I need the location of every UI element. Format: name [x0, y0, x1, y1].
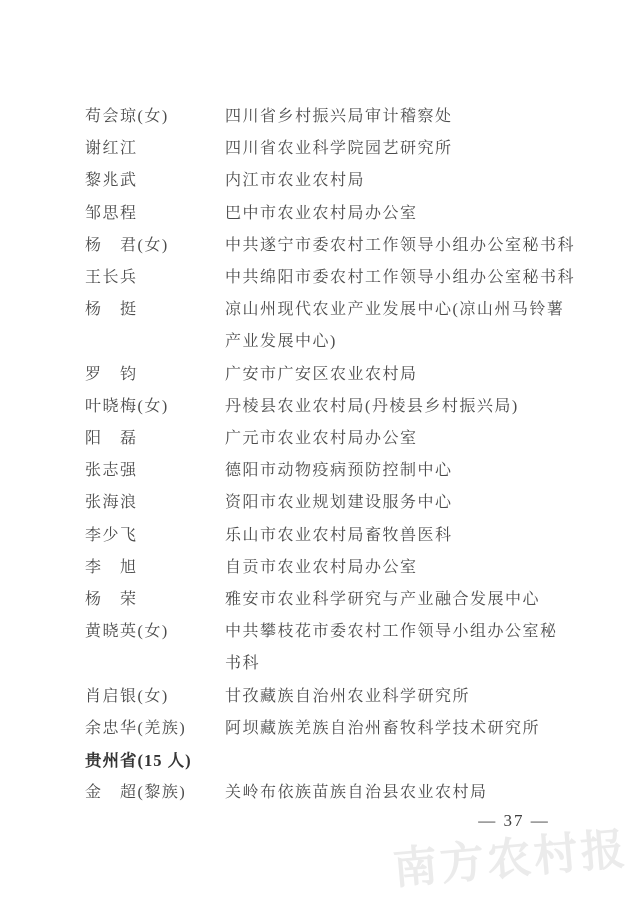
roster-row: 金 超(黎族)关岭布依族苗族自治县农业农村局	[85, 777, 585, 809]
roster-row: 王长兵中共绵阳市委农村工作领导小组办公室秘书科	[85, 262, 585, 294]
person-name: 杨 荣	[85, 584, 225, 616]
roster-row: 李少飞乐山市农业农村局畜牧兽医科	[85, 520, 585, 552]
person-name: 金 超(黎族)	[85, 777, 225, 809]
roster-row: 谢红江四川省农业科学院园艺研究所	[85, 133, 585, 165]
person-organization: 自贡市农业农村局办公室	[225, 552, 585, 584]
person-name: 黎兆武	[85, 165, 225, 197]
person-organization: 德阳市动物疫病预防控制中心	[225, 455, 585, 487]
person-name: 杨 君(女)	[85, 230, 225, 262]
person-name: 余忠华(羌族)	[85, 713, 225, 745]
watermark: 南方农村报	[390, 811, 640, 897]
person-name: 苟会琼(女)	[85, 101, 225, 133]
person-organization: 阿坝藏族羌族自治州畜牧科学技术研究所	[225, 713, 585, 745]
person-organization: 中共遂宁市委农村工作领导小组办公室秘书科	[225, 230, 585, 262]
person-name: 杨 挺	[85, 294, 225, 326]
person-name: 罗 钧	[85, 359, 225, 391]
person-organization: 关岭布依族苗族自治县农业农村局	[225, 777, 585, 809]
person-name: 李 旭	[85, 552, 225, 584]
person-name: 叶晓梅(女)	[85, 391, 225, 423]
roster-row: 苟会琼(女)四川省乡村振兴局审计稽察处	[85, 101, 585, 133]
person-organization: 雅安市农业科学研究与产业融合发展中心	[225, 584, 585, 616]
person-organization: 巴中市农业农村局办公室	[225, 198, 585, 230]
roster-row: 罗 钧广安市广安区农业农村局	[85, 359, 585, 391]
person-name: 黄晓英(女)	[85, 616, 225, 648]
person-name: 阳 磊	[85, 423, 225, 455]
roster-row: 叶晓梅(女)丹棱县农业农村局(丹棱县乡村振兴局)	[85, 391, 585, 423]
document-page: 苟会琼(女)四川省乡村振兴局审计稽察处谢红江四川省农业科学院园艺研究所黎兆武内江…	[0, 0, 640, 905]
roster-row: 黄晓英(女)中共攀枝花市委农村工作领导小组办公室秘 书科	[85, 616, 585, 680]
roster: 苟会琼(女)四川省乡村振兴局审计稽察处谢红江四川省农业科学院园艺研究所黎兆武内江…	[85, 101, 585, 809]
person-organization: 丹棱县农业农村局(丹棱县乡村振兴局)	[225, 391, 585, 423]
roster-row: 杨 君(女)中共遂宁市委农村工作领导小组办公室秘书科	[85, 230, 585, 262]
roster-row: 李 旭自贡市农业农村局办公室	[85, 552, 585, 584]
person-name: 张志强	[85, 455, 225, 487]
roster-row: 余忠华(羌族)阿坝藏族羌族自治州畜牧科学技术研究所	[85, 713, 585, 745]
person-organization: 中共攀枝花市委农村工作领导小组办公室秘 书科	[225, 616, 585, 680]
person-organization: 中共绵阳市委农村工作领导小组办公室秘书科	[225, 262, 585, 294]
person-organization: 内江市农业农村局	[225, 165, 585, 197]
roster-row: 张志强德阳市动物疫病预防控制中心	[85, 455, 585, 487]
province-section-header: 贵州省(15 人)	[85, 745, 585, 777]
person-organization: 广安市广安区农业农村局	[225, 359, 585, 391]
roster-row: 邹思程巴中市农业农村局办公室	[85, 198, 585, 230]
person-organization: 四川省农业科学院园艺研究所	[225, 133, 585, 165]
person-organization: 广元市农业农村局办公室	[225, 423, 585, 455]
person-name: 邹思程	[85, 198, 225, 230]
person-organization: 凉山州现代农业产业发展中心(凉山州马铃薯 产业发展中心)	[225, 294, 585, 358]
person-organization: 乐山市农业农村局畜牧兽医科	[225, 520, 585, 552]
roster-row: 阳 磊广元市农业农村局办公室	[85, 423, 585, 455]
person-name: 李少飞	[85, 520, 225, 552]
roster-row: 杨 荣雅安市农业科学研究与产业融合发展中心	[85, 584, 585, 616]
person-name: 谢红江	[85, 133, 225, 165]
roster-row: 黎兆武内江市农业农村局	[85, 165, 585, 197]
person-organization: 资阳市农业规划建设服务中心	[225, 487, 585, 519]
person-organization: 甘孜藏族自治州农业科学研究所	[225, 681, 585, 713]
roster-row: 张海浪资阳市农业规划建设服务中心	[85, 487, 585, 519]
person-name: 张海浪	[85, 487, 225, 519]
person-name: 肖启银(女)	[85, 681, 225, 713]
person-organization: 四川省乡村振兴局审计稽察处	[225, 101, 585, 133]
person-name: 王长兵	[85, 262, 225, 294]
roster-row: 杨 挺凉山州现代农业产业发展中心(凉山州马铃薯 产业发展中心)	[85, 294, 585, 358]
roster-row: 肖启银(女)甘孜藏族自治州农业科学研究所	[85, 681, 585, 713]
